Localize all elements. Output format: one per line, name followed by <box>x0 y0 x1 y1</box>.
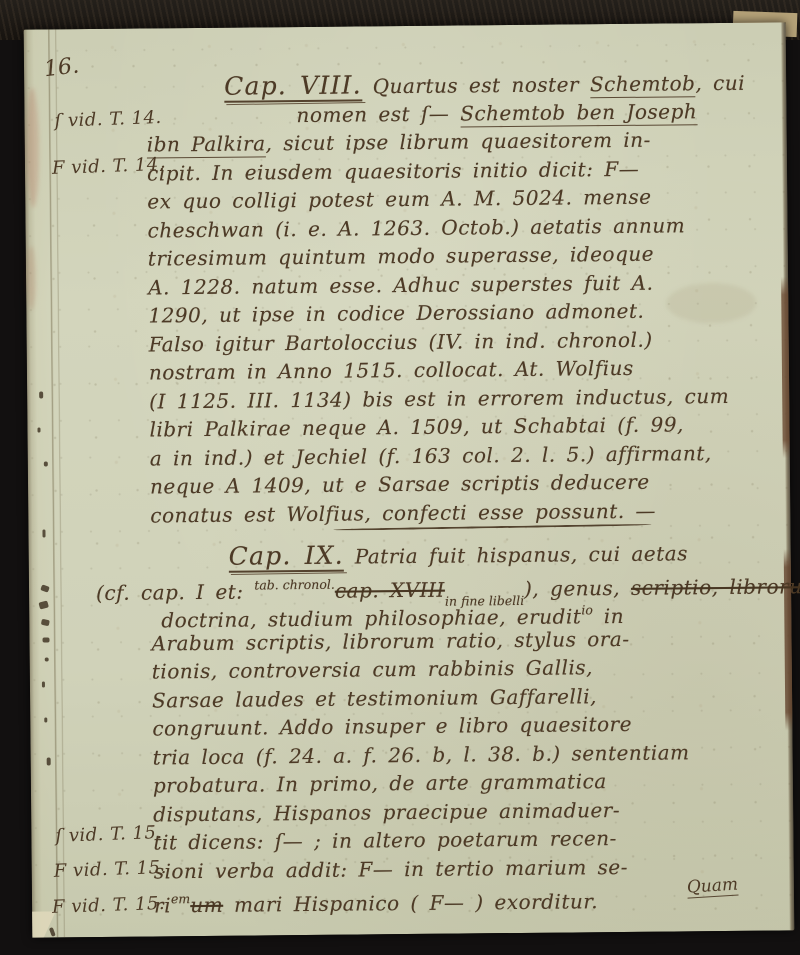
text-segment: Cap. VIII. <box>224 70 362 102</box>
text-segment: Cap. IX. <box>229 541 344 573</box>
text-segment: Schemtob ben Joseph <box>460 99 697 127</box>
text-segment: io <box>581 602 593 617</box>
text-segment: neque A 1409, ut e Sarsae scriptis deduc… <box>150 470 650 499</box>
text-segment: Schemtob <box>590 71 696 98</box>
text-segment: cheschwan (i. e. A. 1263. Octob.) aetati… <box>147 213 685 242</box>
binding-ink-mark <box>40 584 50 592</box>
text-segment: nostram in Anno 1515. collocat. At. Wolf… <box>149 356 634 385</box>
text-segment: Falso igitur Bartoloccius (IV. in ind. c… <box>149 327 653 356</box>
text-segment: em <box>171 891 190 906</box>
text-segment: sioni verba addit: F— in tertio marium s… <box>154 854 628 883</box>
margin-note: F vid. T. 15. <box>52 893 166 918</box>
binding-ink-mark <box>42 682 45 688</box>
text-segment: Quartus est noster <box>362 72 590 98</box>
margin-note: ſ vid. T. 15. <box>55 822 163 847</box>
text-segment: 1290, ut ipse in codice Derossiano admon… <box>148 299 644 328</box>
text-segment: conatus est Wolfius, confecti esse possu… <box>150 498 656 527</box>
binding-ink-mark <box>42 637 49 642</box>
text-segment: disputans, Hispanos praecipue animaduer- <box>153 797 620 825</box>
manuscript-line: nomen est ſ— Schemtob ben Joseph <box>296 97 782 130</box>
text-segment: nomen est ſ— <box>296 101 460 127</box>
page-number: 16. <box>43 53 81 82</box>
text-segment: tab. chronol. <box>254 576 335 592</box>
binding-ink-mark <box>44 717 47 722</box>
text-segment: ex quo colligi potest eum A. M. 5024. me… <box>147 185 651 214</box>
text-segment: ibn Palkira <box>147 131 266 158</box>
chapter-9-text-block: Cap. IX. Patria fuit hispanus, cui aetas… <box>151 538 791 915</box>
text-segment: Arabum scriptis, librorum ratio, stylus … <box>151 626 629 655</box>
binding-ink-mark <box>41 619 50 626</box>
text-segment: probatura. In primo, de arte grammatica <box>153 769 607 797</box>
text-segment: cipit. In eiusdem quaesitoris initio dic… <box>147 156 639 185</box>
manuscript-page: 16. ſ vid. T. 14. F vid. T. 14. ſ vid. T… <box>24 22 795 937</box>
text-segment: a in ind.) et Jechiel (f. 163 col. 2. l.… <box>150 441 712 470</box>
scan-canvas: { "colors": { "background": "#121010", "… <box>0 0 800 955</box>
text-segment: scriptio, librorum ratio <box>631 573 800 599</box>
text-segment: in <box>593 604 624 628</box>
text-segment: Patria fuit hispanus, cui aetas <box>344 541 688 568</box>
text-segment: (I 1125. III. 1134) bis est in errorem i… <box>149 383 729 413</box>
text-segment: tionis, controversia cum rabbinis Gallis… <box>152 655 593 683</box>
text-segment: tria loca (f. 24. a. f. 26. b, l. 38. b.… <box>153 740 690 769</box>
catchword: Quam <box>686 875 738 899</box>
binding-ink-mark <box>47 757 51 765</box>
text-segment: tit dicens: ſ— ; in altero poetarum rece… <box>153 826 617 854</box>
binding-ink-mark <box>38 600 49 609</box>
margin-note: F vid. T. 15. <box>53 857 167 882</box>
text-segment: , cui <box>695 71 745 95</box>
text-segment: libri Palkirae neque A. 1509, ut Schabta… <box>149 412 684 441</box>
text-segment: Sarsae laudes et testimonium Gaffarelli, <box>152 684 597 712</box>
binding-ink-mark <box>39 392 43 399</box>
binding-ink-mark <box>42 529 45 537</box>
text-segment: um <box>190 893 223 917</box>
text-segment: ri <box>154 893 171 917</box>
text-segment: , sicut ipse librum quaesitorem in- <box>265 128 651 156</box>
chapter-8-text-block: Cap. VIII. Quartus est noster Schemtob, … <box>146 68 786 530</box>
manuscript-line: (cf. cap. I et: tab. chronol.cap. XVIIIi… <box>96 567 787 602</box>
manuscript-line: conatus est Wolfius, confecti esse possu… <box>150 496 786 531</box>
text-segment: congruunt. Addo insuper e libro quaesito… <box>152 712 632 741</box>
text-segment: tricesimum quintum modo superasse, ideoq… <box>148 242 654 271</box>
binding-ink-mark <box>37 428 40 433</box>
text-segment: A. 1228. natum esse. Adhuc superstes fui… <box>148 270 653 299</box>
binding-ink-mark <box>44 461 48 466</box>
binding-ink-mark <box>45 657 49 661</box>
text-segment: mari Hispanico ( F— ) exorditur. <box>223 889 598 917</box>
